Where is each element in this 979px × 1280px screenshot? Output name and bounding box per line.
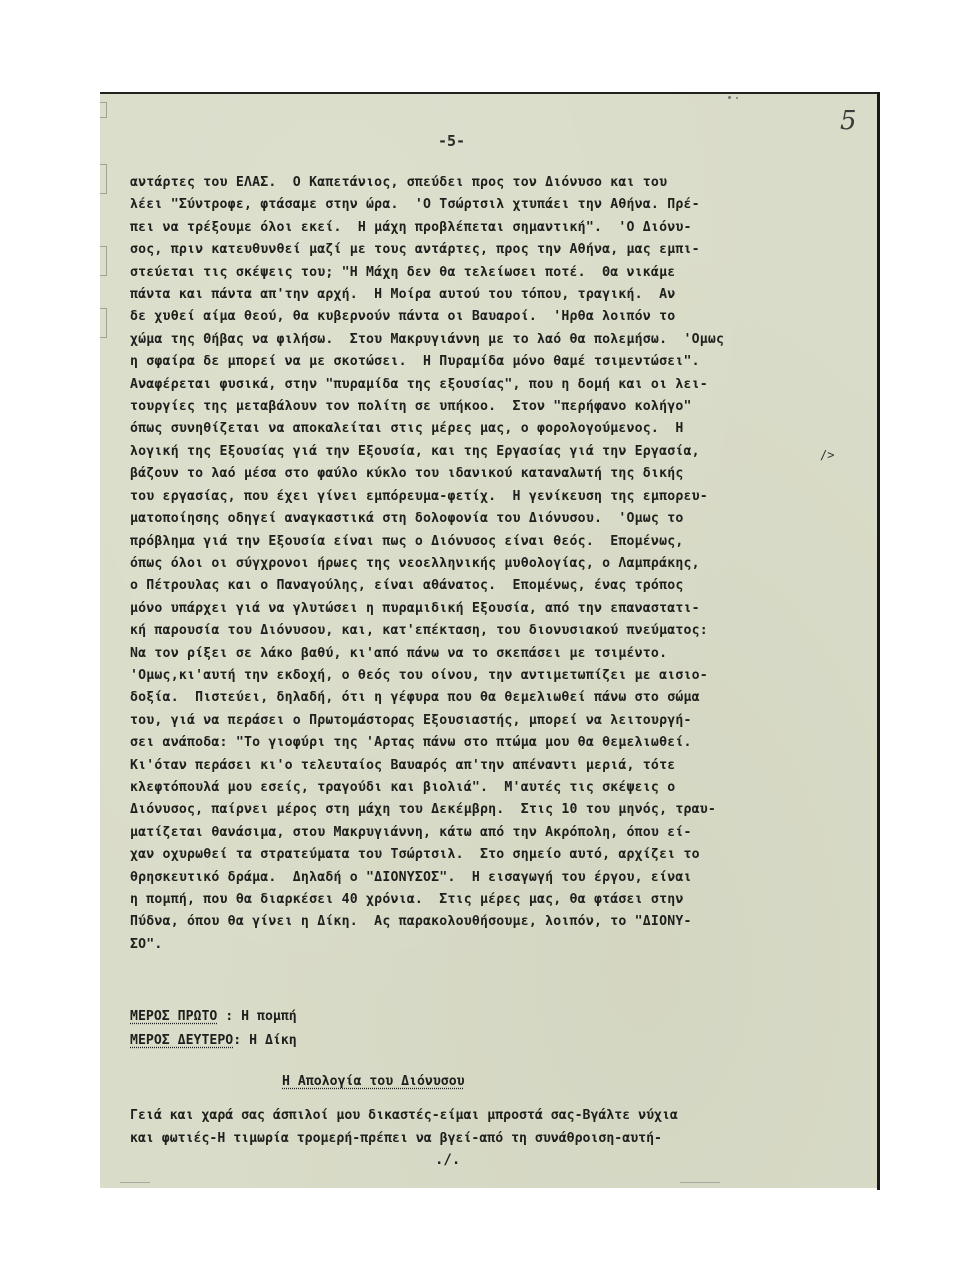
binding-mark (100, 164, 107, 194)
part-separator: : (217, 1009, 241, 1024)
end-mark: ./. (435, 1152, 460, 1168)
handwritten-page-number: 5 (840, 106, 857, 136)
text-line: αντάρτες του ΕΛΑΣ. Ο Καπετάνιος, σπεύδει… (130, 172, 850, 194)
text-line: η πομπή, που θα διαρκέσει 40 χρόνια. Στι… (130, 889, 850, 911)
text-line: πει να τρέξουμε όλοι εκεί. Η μάχη προβλέ… (130, 217, 850, 239)
margin-annotation: /> (820, 448, 834, 462)
text-line: η σφαίρα δε μπορεί να με σκοτώσει. Η Πυρ… (130, 351, 850, 373)
text-line: όπως συνηθίζεται να αποκαλείται στις μέρ… (130, 418, 850, 440)
typed-page-number: -5- (438, 132, 465, 150)
text-line: ματοποίησης οδηγεί αναγκαστικά στη δολοφ… (130, 508, 850, 530)
text-line: ματίζεται θανάσιμα, στου Μακρυγιάννη, κά… (130, 822, 850, 844)
section-heading: Η Απολογία του Διόνυσου (282, 1074, 465, 1089)
text-line: σει ανάποδα: "Το γιοφύρι της 'Αρτας πάνω… (130, 732, 850, 754)
text-line: Αναφέρεται φυσικά, στην "πυραμίδα της εξ… (130, 374, 850, 396)
paper-speck (680, 1182, 720, 1183)
part-label: ΜΕΡΟΣ ΔΕΥΤΕΡΟ (130, 1033, 233, 1048)
text-line: Πύδνα, όπου θα γίνει η Δίκη. Ας παρακολο… (130, 911, 850, 933)
part-label: ΜΕΡΟΣ ΠΡΩΤΟ (130, 1009, 217, 1024)
part-one: ΜΕΡΟΣ ΠΡΩΤΟ : Η πομπή (130, 1005, 297, 1029)
text-line: και φωτιές-Η τιμωρία τρομερή-πρέπει να β… (130, 1127, 860, 1150)
text-line: Κι'όταν περάσει κι'ο τελευταίος Βαυαρός … (130, 755, 850, 777)
paper-speck (120, 1182, 150, 1183)
paper-speck (736, 97, 738, 99)
text-line: πρόβλημα γιά την Εξουσία είναι πως ο Διό… (130, 531, 850, 553)
scanned-page: -5- 5 αντάρτες του ΕΛΑΣ. Ο Καπετάνιος, σ… (100, 92, 877, 1188)
text-line: δε χυθεί αίμα θεού, θα κυβερνούν πάντα ο… (130, 306, 850, 328)
text-line: Γειά και χαρά σας άσπιλοί μου δικαστές-ε… (130, 1104, 860, 1127)
text-line: Διόνυσος, παίρνει μέρος στη μάχη του Δεκ… (130, 799, 850, 821)
part-separator: : (233, 1033, 249, 1048)
text-line: βάζουν το λαό μέσα στο φαύλο κύκλο του ι… (130, 463, 850, 485)
text-line: χαν οχυρωθεί τα στρατεύματα του Τσώρτσιλ… (130, 844, 850, 866)
text-line: του, γιά να περάσει ο Πρωτομάστορας Εξου… (130, 710, 850, 732)
binding-mark (100, 246, 107, 276)
text-line: τουργίες της μεταβάλουν τον πολίτη σε υπ… (130, 396, 850, 418)
text-line: Να τον ρίξει σε λάκο βαθύ, κι'από πάνω ν… (130, 643, 850, 665)
text-line: κλεφτόπουλά μου εσείς, τραγούδι και βιολ… (130, 777, 850, 799)
text-line: ο Πέτρουλας και ο Παναγούλης, είναι αθάν… (130, 575, 850, 597)
binding-mark (100, 308, 107, 338)
parts-list: ΜΕΡΟΣ ΠΡΩΤΟ : Η πομπή ΜΕΡΟΣ ΔΕΥΤΕΡΟ: Η Δ… (130, 1005, 297, 1053)
binding-mark (100, 102, 107, 118)
text-line: ΣΟ". (130, 934, 850, 956)
text-line: θρησκευτικό δράμα. Δηλαδή ο "ΔΙΟΝΥΣΟΣ". … (130, 867, 850, 889)
text-line: του εργασίας, που έχει γίνει εμπόρευμα-φ… (130, 486, 850, 508)
text-line: σος, πριν κατευθυνθεί μαζί με τους αντάρ… (130, 239, 850, 261)
text-line: όπως όλοι οι σύγχρονοι ήρωες της νεοελλη… (130, 553, 850, 575)
text-line: δοξία. Πιστεύει, δηλαδή, ότι η γέφυρα πο… (130, 687, 850, 709)
text-line: κή παρουσία του Διόνυσου, και, κατ'επέκτ… (130, 620, 850, 642)
text-line: πάντα και πάντα απ'την αρχή. Η Μοίρα αυτ… (130, 284, 850, 306)
page-edge-shadow (877, 92, 880, 1190)
paper-speck (728, 96, 731, 99)
text-line: στεύεται τις σκέψεις του; "Η Μάχη δεν θα… (130, 262, 850, 284)
body-text: αντάρτες του ΕΛΑΣ. Ο Καπετάνιος, σπεύδει… (130, 172, 850, 956)
text-line: λέει "Σύντροφε, φτάσαμε στην ώρα. 'Ο Τσώ… (130, 194, 850, 216)
part-title: Η Δίκη (249, 1033, 297, 1048)
apology-text: Γειά και χαρά σας άσπιλοί μου δικαστές-ε… (130, 1104, 860, 1150)
text-line: λογική της Εξουσίας γιά την Εξουσία, και… (130, 441, 850, 463)
text-line: χώμα της Θήβας να φιλήσω. Στου Μακρυγιάν… (130, 329, 850, 351)
text-line: μόνο υπάρχει γιά να γλυτώσει η πυραμιδικ… (130, 598, 850, 620)
text-line: 'Ομως,κι'αυτή την εκδοχή, ο θεός του οίν… (130, 665, 850, 687)
part-two: ΜΕΡΟΣ ΔΕΥΤΕΡΟ: Η Δίκη (130, 1029, 297, 1053)
part-title: Η πομπή (241, 1009, 297, 1024)
